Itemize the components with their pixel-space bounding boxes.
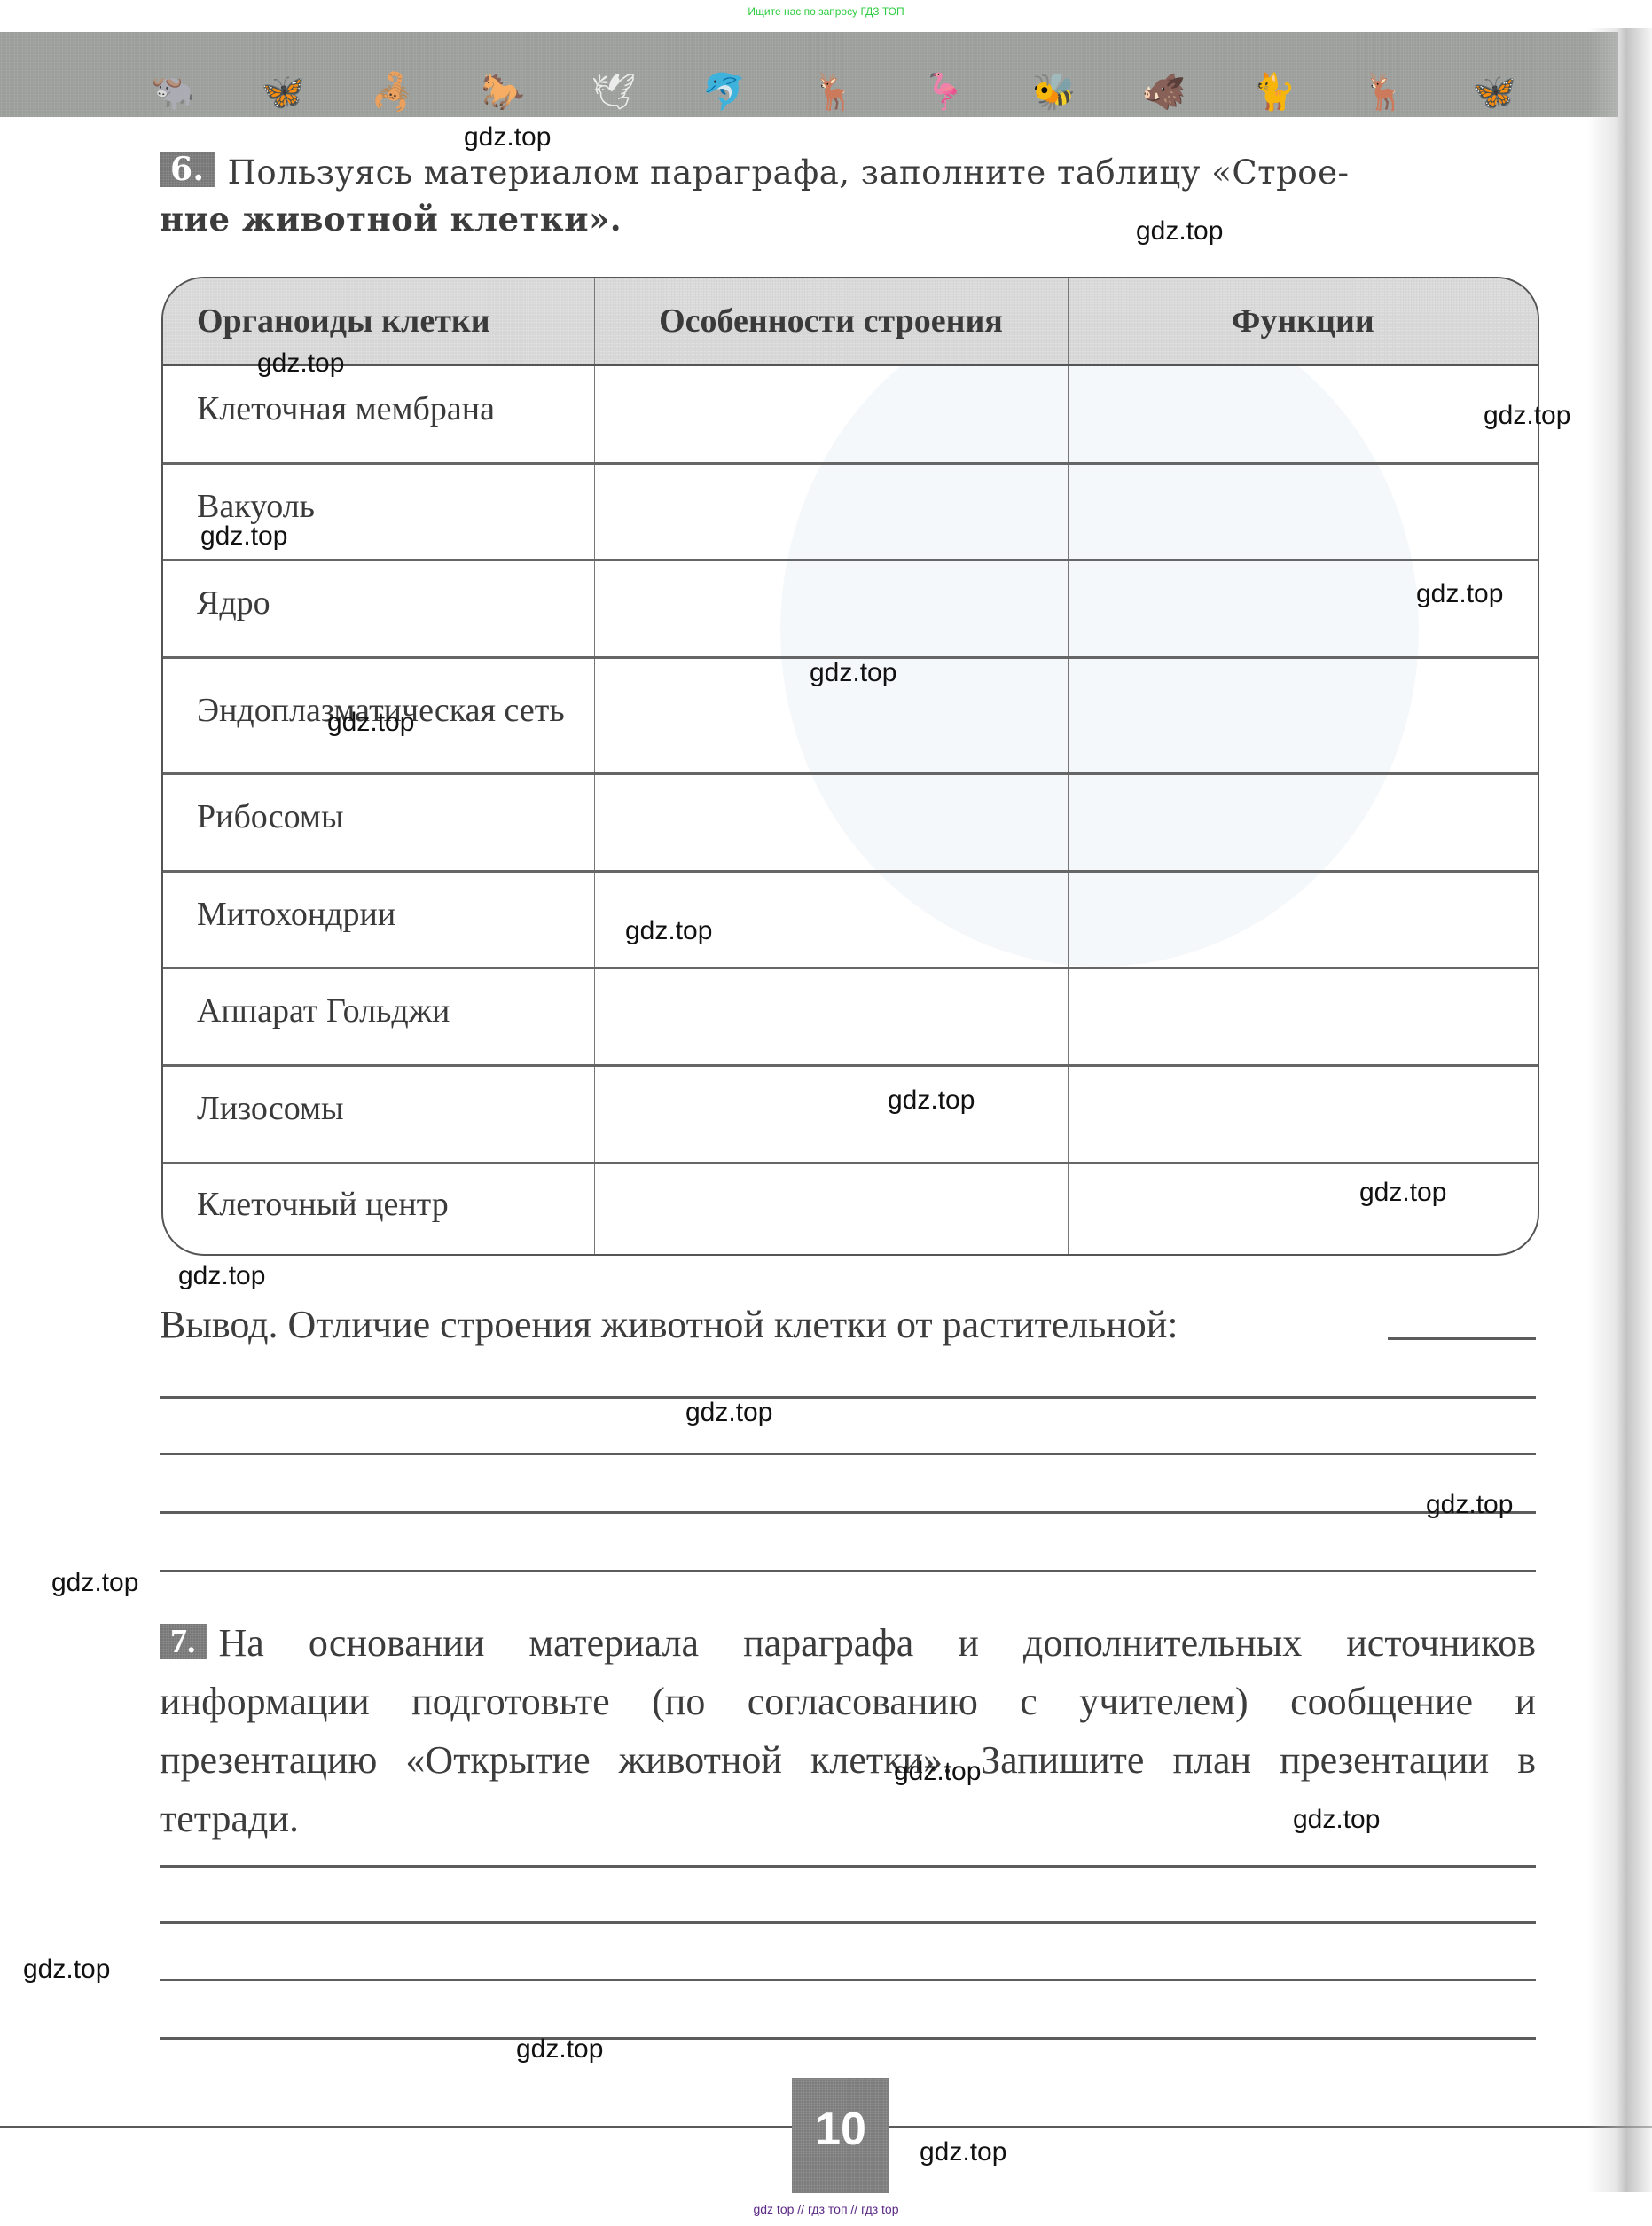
deer-icon: 🦌 — [812, 69, 857, 115]
organoid-name-cell: Аппарат Гольджи — [163, 968, 594, 1066]
watermark: gdz.top — [1426, 1492, 1513, 1518]
function-answer-cell[interactable] — [1068, 464, 1538, 560]
organoid-name-cell: Ядро — [163, 560, 594, 658]
insect-icon: 🐝 — [1032, 69, 1077, 115]
watermark: gdz.top — [920, 2139, 1006, 2166]
task-number-badge: 7. — [160, 1624, 207, 1659]
function-answer-cell[interactable] — [1068, 872, 1538, 968]
answer-line[interactable] — [160, 1453, 1536, 1455]
dolphin-icon: 🐬 — [701, 69, 746, 115]
structure-answer-cell[interactable] — [594, 560, 1068, 658]
watermark: gdz.top — [23, 1956, 110, 1983]
table-header-row: Органоиды клетки Особенности строения Фу… — [163, 278, 1538, 365]
watermark: gdz.top — [257, 350, 344, 377]
footer-watermark-note: gdz top // гдз топ // гдз top — [0, 2202, 1652, 2216]
column-header-structure: Особенности строения — [594, 278, 1068, 365]
table-row: Митохондрии — [163, 872, 1538, 968]
task-6-text-line1: Пользуясь материалом параграфа, заполнит… — [228, 153, 1350, 192]
table-row: Клеточный центр — [163, 1164, 1538, 1257]
task-6: 6.Пользуясь материалом параграфа, заполн… — [160, 149, 1536, 242]
task-6-text-line2: ние животной клетки». — [160, 200, 622, 239]
function-answer-cell[interactable] — [1068, 560, 1538, 658]
function-answer-cell[interactable] — [1068, 1066, 1538, 1164]
answer-line[interactable] — [1388, 1337, 1536, 1340]
watermark: gdz.top — [894, 1759, 981, 1785]
butterfly-icon: 🦋 — [261, 69, 305, 115]
cell-structure-table: Органоиды клетки Особенности строения Фу… — [161, 277, 1539, 1256]
watermark: gdz.top — [1484, 403, 1570, 429]
function-answer-cell[interactable] — [1068, 774, 1538, 872]
structure-answer-cell[interactable] — [594, 464, 1068, 560]
horse-icon: 🐎 — [481, 69, 525, 115]
watermark: gdz.top — [516, 2036, 603, 2063]
cat-icon: 🐈 — [1252, 69, 1296, 115]
watermark: gdz.top — [810, 660, 896, 686]
structure-answer-cell[interactable] — [594, 1066, 1068, 1164]
page-number: 10 — [792, 2078, 889, 2193]
table-row: Аппарат Гольджи — [163, 968, 1538, 1066]
structure-answer-cell[interactable] — [594, 1164, 1068, 1257]
function-answer-cell[interactable] — [1068, 658, 1538, 774]
structure-answer-cell[interactable] — [594, 968, 1068, 1066]
table-row: Рибосомы — [163, 774, 1538, 872]
answer-line[interactable] — [160, 1865, 1536, 1868]
organoid-name-cell: Лизосомы — [163, 1066, 594, 1164]
organoid-name-cell: Клеточная мембрана — [163, 365, 594, 464]
bird-icon: 🕊 — [591, 69, 636, 115]
answer-line[interactable] — [160, 1921, 1536, 1924]
answer-line[interactable] — [160, 1511, 1536, 1514]
organoid-name-cell: Митохондрии — [163, 872, 594, 968]
watermark: gdz.top — [1293, 1807, 1380, 1833]
answer-line[interactable] — [160, 1570, 1536, 1572]
watermark: gdz.top — [327, 709, 414, 736]
watermark: gdz.top — [1359, 1180, 1446, 1206]
header-animal-silhouettes: 🐃 🦋 🦂 🐎 🕊 🐬 🦌 🦩 🐝 🐗 🐈 🦌 🦋 — [151, 69, 1516, 115]
table-row: Вакуоль — [163, 464, 1538, 560]
column-header-functions: Функции — [1068, 278, 1538, 365]
bison-icon: 🐃 — [151, 69, 195, 115]
structure-answer-cell[interactable] — [594, 365, 1068, 464]
boar-icon: 🐗 — [1142, 69, 1186, 115]
conclusion-label: Вывод. Отличие строения животной клетки … — [160, 1302, 1178, 1347]
watermark: gdz.top — [1136, 218, 1223, 245]
function-answer-cell[interactable] — [1068, 968, 1538, 1066]
table-row: Клеточная мембрана — [163, 365, 1538, 464]
column-header-organoids: Органоиды клетки — [163, 278, 594, 365]
answer-line[interactable] — [160, 2037, 1536, 2040]
watermark: gdz.top — [178, 1263, 265, 1289]
organoid-name-cell: Клеточный центр — [163, 1164, 594, 1257]
top-watermark-note: Ищите нас по запросу ГДЗ ТОП — [0, 5, 1652, 18]
watermark: gdz.top — [685, 1399, 772, 1426]
structure-answer-cell[interactable] — [594, 774, 1068, 872]
table-row: Ядро — [163, 560, 1538, 658]
task-number-badge: 6. — [160, 152, 215, 187]
answer-line[interactable] — [160, 1979, 1536, 1981]
function-answer-cell[interactable] — [1068, 365, 1538, 464]
watermark: gdz.top — [888, 1087, 975, 1114]
heron-icon: 🦩 — [922, 69, 967, 115]
butterfly-icon: 🦋 — [1472, 69, 1516, 115]
page-binding-shadow — [1587, 28, 1652, 2192]
organoid-name-cell: Рибосомы — [163, 774, 594, 872]
watermark: gdz.top — [1416, 581, 1503, 607]
table-row: Лизосомы — [163, 1066, 1538, 1164]
watermark: gdz.top — [51, 1570, 138, 1596]
function-answer-cell[interactable] — [1068, 1164, 1538, 1257]
watermark: gdz.top — [464, 124, 551, 151]
watermark: gdz.top — [625, 918, 712, 944]
watermark: gdz.top — [200, 523, 287, 550]
answer-line[interactable] — [160, 1396, 1536, 1399]
antelope-icon: 🦌 — [1362, 69, 1406, 115]
scorpion-icon: 🦂 — [371, 69, 415, 115]
